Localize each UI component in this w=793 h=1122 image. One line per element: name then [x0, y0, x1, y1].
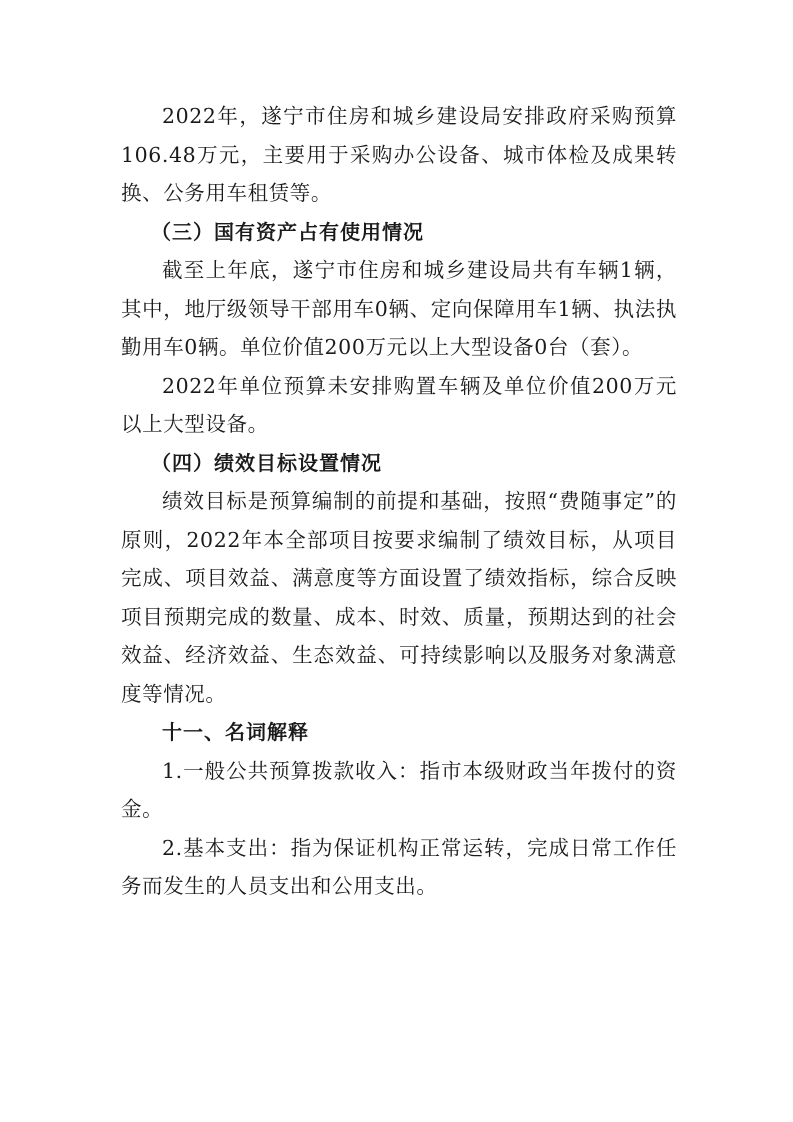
heading-glossary: 十一、名词解释	[121, 713, 677, 752]
paragraph-vehicles: 截至上年底，遂宁市住房和城乡建设局共有车辆1辆，其中，地厅级领导干部用车0辆、定…	[121, 251, 677, 367]
paragraph-glossary-item-2: 2.基本支出：指为保证机构正常运转，完成日常工作任务而发生的人员支出和公用支出。	[121, 829, 677, 906]
paragraph-no-vehicle-purchase: 2022年单位预算未安排购置车辆及单位价值200万元以上大型设备。	[121, 367, 677, 444]
heading-performance-goals: （四）绩效目标设置情况	[121, 444, 677, 483]
paragraph-performance-goals: 绩效目标是预算编制的前提和基础，按照“费随事定”的原则，2022年本全部项目按要…	[121, 482, 677, 713]
paragraph-glossary-item-1: 1.一般公共预算拨款收入：指市本级财政当年拨付的资金。	[121, 752, 677, 829]
heading-state-assets: （三）国有资产占有使用情况	[121, 213, 677, 252]
paragraph-procurement-budget: 2022年，遂宁市住房和城乡建设局安排政府采购预算106.48万元，主要用于采购…	[121, 97, 677, 213]
document-page: 2022年，遂宁市住房和城乡建设局安排政府采购预算106.48万元，主要用于采购…	[121, 97, 677, 906]
